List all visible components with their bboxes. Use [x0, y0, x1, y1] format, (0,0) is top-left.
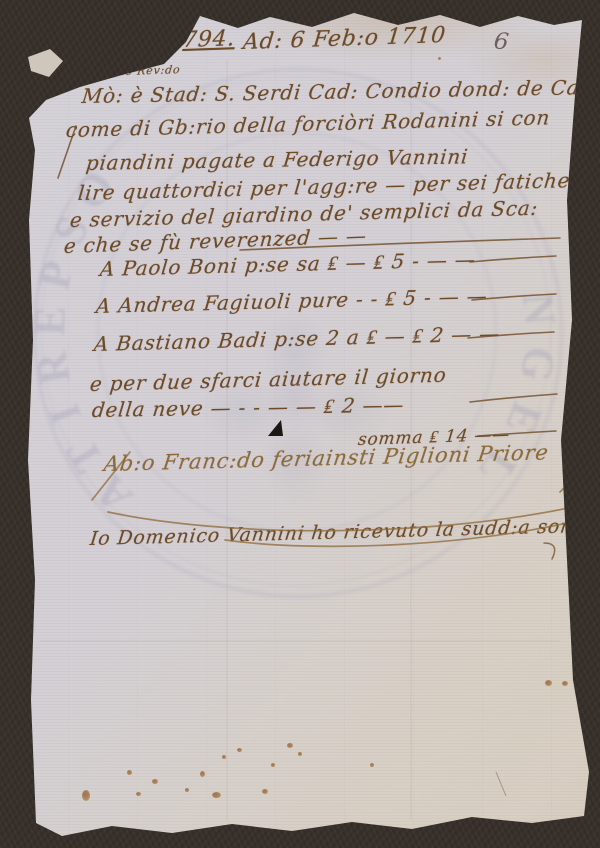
- manuscript-line: Mò: è Stad: S. Serdi Cad: Condio dond: d…: [81, 75, 600, 108]
- watermark-letter: I: [38, 397, 92, 431]
- watermark-letter: G: [510, 344, 565, 385]
- horizontal-crease: [40, 640, 560, 642]
- foxing-spot: [152, 779, 158, 784]
- foxing-spot: [438, 57, 441, 60]
- payment-entry: A Bastiano Badi p:se 2 a ₤ — ₤ 2 — —: [93, 321, 501, 357]
- paper-hole: [268, 420, 283, 436]
- signature-line: Ab:o Franc:do feriainsti Piglioni Priore: [102, 440, 550, 476]
- salutation-abbreviation: Ill:mo Rev:do: [95, 63, 181, 79]
- payment-entry: A Andrea Fagiuoli pure - - ₤ 5 - — —: [95, 284, 489, 319]
- foxing-spot: [262, 789, 268, 794]
- watermark-letter: R: [25, 348, 80, 387]
- photograph-background: O S P E R I T A N G E L 794. Ad: 6 Feb:o…: [0, 0, 600, 848]
- foxing-spot: [298, 752, 302, 756]
- manuscript-line: come di Gb:rio della forciòri Rodanini s…: [65, 105, 552, 142]
- foxing-spot: [200, 771, 205, 777]
- foxing-spot: [545, 680, 552, 686]
- vertical-crease: [226, 60, 228, 820]
- page-number: 794.: [182, 26, 236, 53]
- receipt-bracket: [544, 543, 555, 559]
- payment-entry: della neve — - - — — ₤ 2 ——: [91, 393, 406, 423]
- foxing-spot: [212, 792, 221, 798]
- receipt-line: Io Domenico Vannini ho ricevuto la sudd:…: [89, 514, 600, 550]
- foxing-spot: [136, 792, 141, 796]
- payment-entry: e per due sfarci aiutare il giorno: [89, 363, 448, 396]
- foxing-spot: [271, 763, 275, 767]
- watermark-letter: P: [28, 256, 84, 294]
- watermark-letter: E: [24, 305, 76, 336]
- scratch: [496, 772, 506, 796]
- signature-tail: [560, 458, 584, 492]
- foxing-spot: [82, 790, 90, 801]
- watermark-letter: N: [512, 291, 566, 327]
- foxing-spot: [222, 755, 226, 759]
- header-date: Ad: 6 Feb:o 1710: [242, 23, 447, 55]
- foxing-spot: [127, 770, 132, 775]
- foxing-spot: [562, 681, 568, 686]
- manuscript-page: O S P E R I T A N G E L 794. Ad: 6 Feb:o…: [0, 0, 600, 848]
- foxing-spot: [287, 743, 293, 748]
- foxing-spot: [237, 748, 242, 752]
- folio-number: 6: [492, 28, 510, 56]
- foxing-spot: [185, 788, 189, 792]
- foxing-spot: [370, 763, 374, 767]
